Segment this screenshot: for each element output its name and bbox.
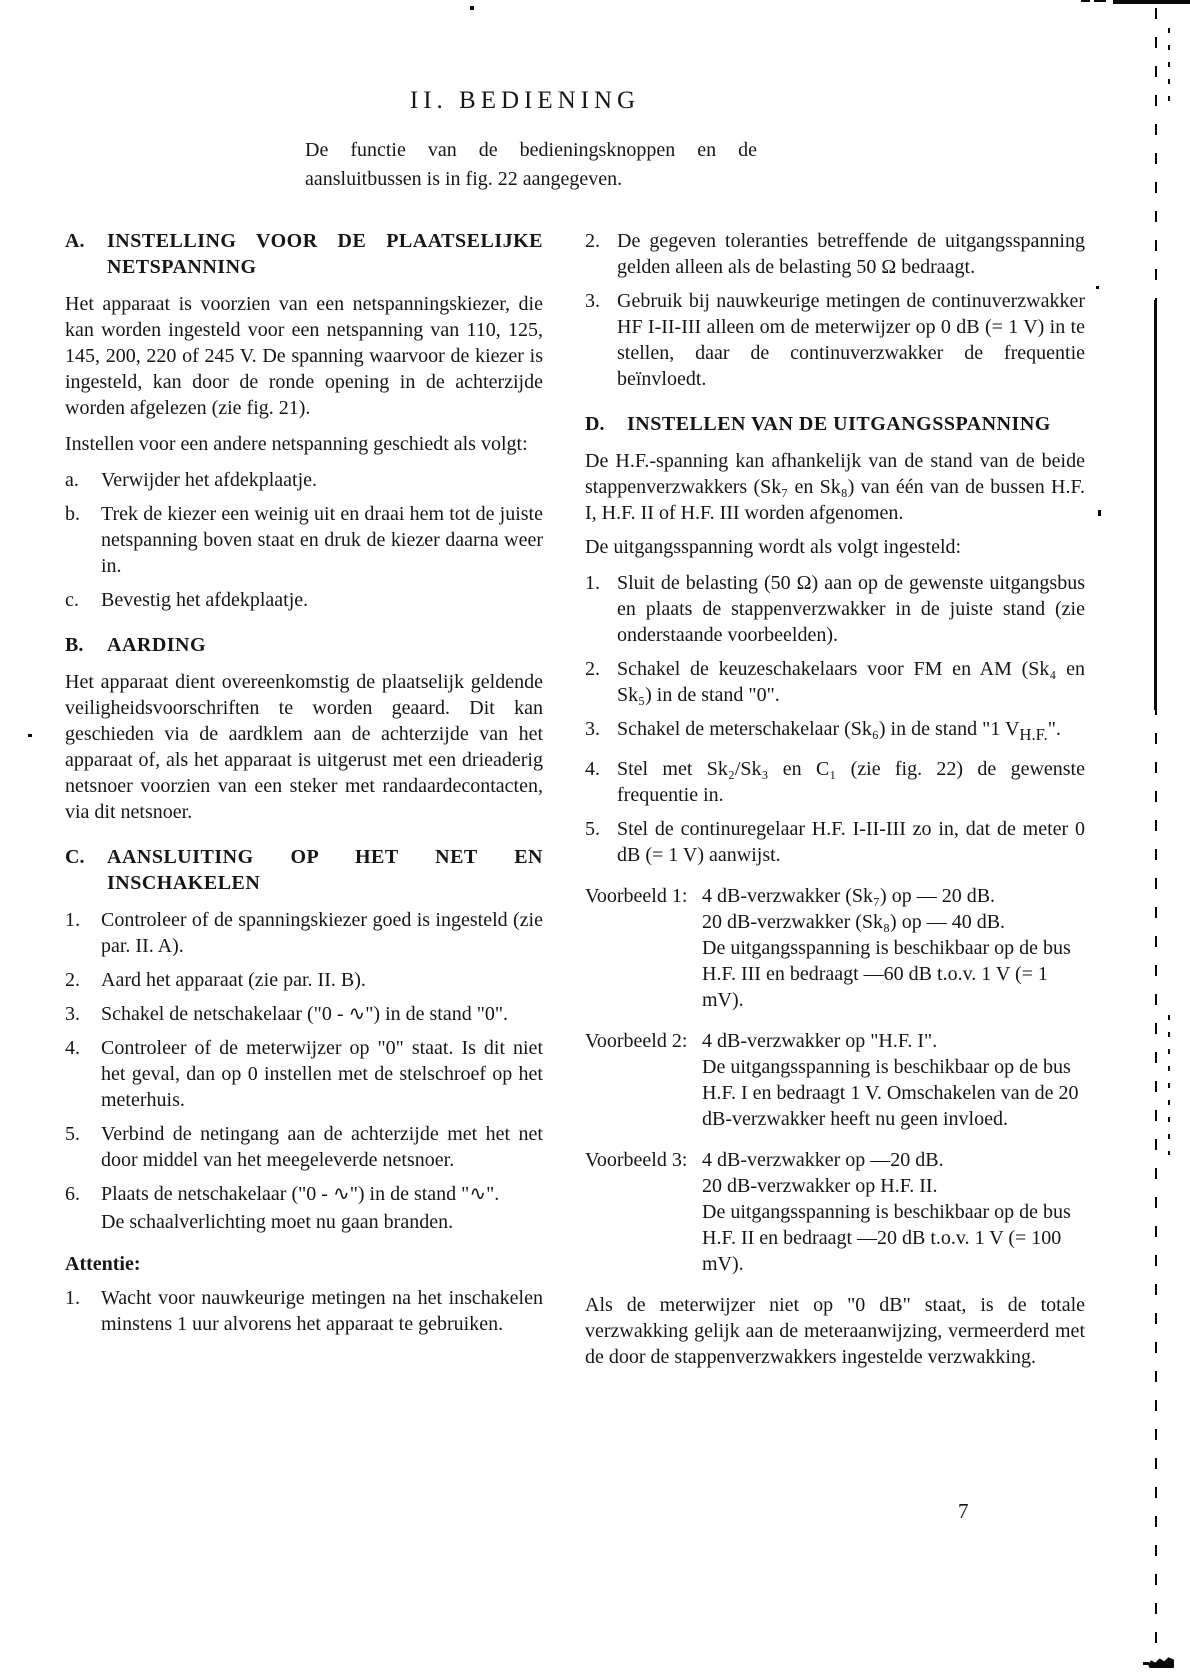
example-1: Voorbeeld 1: 4 dB-verzwakker (Sk₇) op — …: [585, 883, 1085, 1013]
example-body: 4 dB-verzwakker op —20 dB. 20 dB-verzwak…: [702, 1147, 1085, 1277]
list-item-5: 5. Verbind de netingang aan de achterzij…: [65, 1121, 543, 1173]
section-d-title: INSTELLEN VAN DE UITGANGSSPANNING: [627, 411, 1085, 437]
list-item-text: Schakel de keuzeschakelaars voor FM en A…: [617, 656, 1085, 708]
list-item-label: 5.: [65, 1121, 101, 1173]
list-item-label: 4.: [65, 1035, 101, 1113]
scan-artifact-dotted-line: [1168, 28, 1170, 103]
section-c-label: C.: [65, 844, 107, 896]
attention-item-1: 1. Wacht voor nauwkeurige metingen na he…: [65, 1285, 543, 1337]
list-item-a: a. Verwijder het afdekplaatje.: [65, 467, 543, 493]
list-item-label: 1.: [65, 907, 101, 959]
list-item-label: b.: [65, 501, 101, 579]
list-item-label: 2.: [585, 228, 617, 280]
list-item-label: c.: [65, 587, 101, 613]
section-b-title: AARDING: [107, 632, 543, 658]
list-item-text: Stel met Sk₂/Sk₃ en C₁ (zie fig. 22) de …: [617, 756, 1085, 808]
section-d-label: D.: [585, 411, 627, 437]
attention-item-2: 2. De gegeven toleranties betreffende de…: [585, 228, 1085, 280]
list-item-label: 3.: [585, 288, 617, 392]
example-label: Voorbeeld 2:: [585, 1028, 702, 1132]
list-item-label: 6.: [65, 1181, 101, 1235]
list-item-label: 1.: [585, 570, 617, 648]
section-c-heading: C. AANSLUITING OP HET NET EN INSCHAKELEN: [65, 844, 543, 896]
section-d-heading: D. INSTELLEN VAN DE UITGANGSSPANNING: [585, 411, 1085, 437]
section-b-heading: B. AARDING: [65, 632, 543, 658]
list-item-6: 6. Plaats de netschakelaar ("0 - ∿") in …: [65, 1181, 543, 1235]
list-item-4: 4. Controleer of de meterwijzer op "0" s…: [65, 1035, 543, 1113]
list-item-text: Plaats de netschakelaar ("0 - ∿") in de …: [101, 1181, 543, 1235]
example-line: 4 dB-verzwakker op —20 dB.: [702, 1147, 1085, 1173]
list-item-text: Trek de kiezer een weinig uit en draai h…: [101, 501, 543, 579]
subscript-hf: H.F.: [1019, 725, 1047, 744]
list-item-label: 2.: [585, 656, 617, 708]
list-item-text: Stel de continuregelaar H.F. I-II-III zo…: [617, 816, 1085, 868]
example-label: Voorbeeld 3:: [585, 1147, 702, 1277]
left-column: A. INSTELLING VOOR DE PLAATSELIJKE NETSP…: [65, 228, 543, 1345]
list-item-5: 5. Stel de continuregelaar H.F. I-II-III…: [585, 816, 1085, 868]
section-d-paragraph-2: De uitgangsspanning wordt als volgt inge…: [585, 534, 1085, 560]
list-item-text: Bevestig het afdekplaatje.: [101, 587, 543, 613]
closing-paragraph: Als de meterwijzer niet op "0 dB" staat,…: [585, 1292, 1085, 1370]
example-line: De uitgangsspanning is beschikbaar op de…: [702, 935, 1085, 1013]
list-item-text: Sluit de belasting (50 Ω) aan op de gewe…: [617, 570, 1085, 648]
example-3: Voorbeeld 3: 4 dB-verzwakker op —20 dB. …: [585, 1147, 1085, 1277]
section-c-title: AANSLUITING OP HET NET EN INSCHAKELEN: [107, 844, 543, 896]
section-a-title: INSTELLING VOOR DE PLAATSELIJKE NETSPANN…: [107, 228, 543, 280]
list-item-text: Schakel de netschakelaar ("0 - ∿") in de…: [101, 1001, 543, 1027]
list-item-text: Wacht voor nauwkeurige metingen na het i…: [101, 1285, 543, 1337]
list-item-3: 3. Schakel de netschakelaar ("0 - ∿") in…: [65, 1001, 543, 1027]
list-item-1: 1. Sluit de belasting (50 Ω) aan op de g…: [585, 570, 1085, 648]
list-item-label: 4.: [585, 756, 617, 808]
page-title: II. BEDIENING: [0, 88, 1050, 114]
page-number: 7: [958, 1498, 969, 1524]
list-item-text: Schakel de meterschakelaar (Sk₆) in de s…: [617, 716, 1085, 748]
list-item-text: Controleer of de meterwijzer op "0" staa…: [101, 1035, 543, 1113]
list-item-text-line: Plaats de netschakelaar ("0 - ∿") in de …: [101, 1181, 543, 1207]
example-line: 4 dB-verzwakker (Sk₇) op — 20 dB.: [702, 883, 1085, 909]
section-a-paragraph-2: Instellen voor een andere netspanning ge…: [65, 431, 543, 457]
list-item-label: 5.: [585, 816, 617, 868]
section-b-paragraph: Het apparaat dient overeenkomstig de pla…: [65, 669, 543, 825]
scan-artifact-dot: [470, 6, 474, 10]
list-item-1: 1. Controleer of de spanningskiezer goed…: [65, 907, 543, 959]
example-line: De uitgangsspanning is beschikbaar op de…: [702, 1054, 1085, 1132]
list-item-label: 1.: [65, 1285, 101, 1337]
list-item-3: 3. Schakel de meterschakelaar (Sk₆) in d…: [585, 716, 1085, 748]
list-item-c: c. Bevestig het afdekplaatje.: [65, 587, 543, 613]
scan-artifact-blob: [1148, 1656, 1174, 1668]
list-item-2: 2. Aard het apparaat (zie par. II. B).: [65, 967, 543, 993]
example-body: 4 dB-verzwakker (Sk₇) op — 20 dB. 20 dB-…: [702, 883, 1085, 1013]
document-page: II. BEDIENING De functie van de bedienin…: [0, 0, 1190, 1676]
example-line: 20 dB-verzwakker (Sk₈) op — 40 dB.: [702, 909, 1085, 935]
list-item-text: Verbind de netingang aan de achterzijde …: [101, 1121, 543, 1173]
list-item-text-pre: Schakel de meterschakelaar (Sk₆) in de s…: [617, 718, 1019, 740]
section-b-label: B.: [65, 632, 107, 658]
list-item-text: Controleer of de spanningskiezer goed is…: [101, 907, 543, 959]
list-item-label: a.: [65, 467, 101, 493]
list-item-label: 2.: [65, 967, 101, 993]
scan-artifact-line-segment: [1154, 300, 1157, 710]
scan-artifact-top-dash: [1081, 0, 1090, 2]
section-a-heading: A. INSTELLING VOOR DE PLAATSELIJKE NETSP…: [65, 228, 543, 280]
scan-artifact-dot: [28, 734, 32, 737]
scan-artifact-top-dash: [1094, 0, 1106, 2]
list-item-label: 3.: [65, 1001, 101, 1027]
scan-artifact-top-bar: [1113, 0, 1190, 4]
intro-paragraph: De functie van de bedieningsknoppen en d…: [305, 136, 757, 194]
list-item-4: 4. Stel met Sk₂/Sk₃ en C₁ (zie fig. 22) …: [585, 756, 1085, 808]
example-body: 4 dB-verzwakker op "H.F. I". De uitgangs…: [702, 1028, 1085, 1132]
attention-title: Attentie:: [65, 1251, 543, 1277]
attention-item-3: 3. Gebruik bij nauwkeurige metingen de c…: [585, 288, 1085, 392]
list-item-text-line: De schaalverlichting moet nu gaan brande…: [101, 1209, 543, 1235]
scan-artifact-dot: [1098, 510, 1101, 516]
scan-artifact-dotted-line: [1168, 1015, 1170, 1155]
section-a-paragraph-1: Het apparaat is voorzien van een netspan…: [65, 291, 543, 421]
right-column: 2. De gegeven toleranties betreffende de…: [585, 228, 1085, 1380]
example-line: 4 dB-verzwakker op "H.F. I".: [702, 1028, 1085, 1054]
example-line: De uitgangsspanning is beschikbaar op de…: [702, 1199, 1085, 1277]
list-item-2: 2. Schakel de keuzeschakelaars voor FM e…: [585, 656, 1085, 708]
list-item-text: Aard het apparaat (zie par. II. B).: [101, 967, 543, 993]
example-2: Voorbeeld 2: 4 dB-verzwakker op "H.F. I"…: [585, 1028, 1085, 1132]
list-item-text: Gebruik bij nauwkeurige metingen de cont…: [617, 288, 1085, 392]
list-item-text: De gegeven toleranties betreffende de ui…: [617, 228, 1085, 280]
list-item-text-post: ".: [1048, 718, 1061, 740]
scan-artifact-dot: [1096, 286, 1099, 289]
example-label: Voorbeeld 1:: [585, 883, 702, 1013]
scan-artifact-dashed-line: [1155, 8, 1157, 1643]
list-item-label: 3.: [585, 716, 617, 748]
list-item-text: Verwijder het afdekplaatje.: [101, 467, 543, 493]
example-line: 20 dB-verzwakker op H.F. II.: [702, 1173, 1085, 1199]
section-a-label: A.: [65, 228, 107, 280]
section-d-paragraph-1: De H.F.-spanning kan afhankelijk van de …: [585, 448, 1085, 526]
list-item-b: b. Trek de kiezer een weinig uit en draa…: [65, 501, 543, 579]
